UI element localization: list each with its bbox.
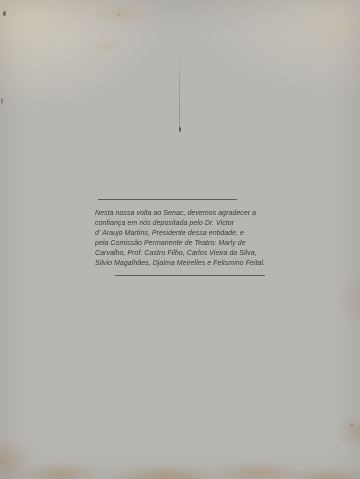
acknowledgment-line: pela Comissão Permanente de Teatro: Marl… xyxy=(95,239,275,249)
acknowledgment-line: Carvalho, Prof. Castro Filho, Carlos Vie… xyxy=(95,249,275,259)
acknowledgment-text: Nesta nossa volta ao Senac, devemos agra… xyxy=(95,209,275,269)
foxing-speck xyxy=(3,11,6,16)
paper-crease xyxy=(179,55,180,129)
foxing-speck xyxy=(116,13,121,16)
acknowledgment-line: Nesta nossa volta ao Senac, devemos agra… xyxy=(95,209,275,219)
acknowledgment-line: d' Araujo Martins, Presidente dessa enti… xyxy=(95,229,275,239)
scanned-page: Nesta nossa volta ao Senac, devemos agra… xyxy=(0,0,360,479)
bottom-divider-rule xyxy=(115,275,265,276)
top-divider-rule xyxy=(98,199,237,200)
acknowledgment-line: Silvio Magalhães, Djalma Meirelles e Fel… xyxy=(95,259,275,269)
foxing-speck xyxy=(179,127,181,132)
foxing-speck xyxy=(1,98,3,104)
foxing-speck xyxy=(350,423,354,427)
acknowledgment-line: confiança em nós depositada pelo Dr. Vic… xyxy=(95,219,275,229)
